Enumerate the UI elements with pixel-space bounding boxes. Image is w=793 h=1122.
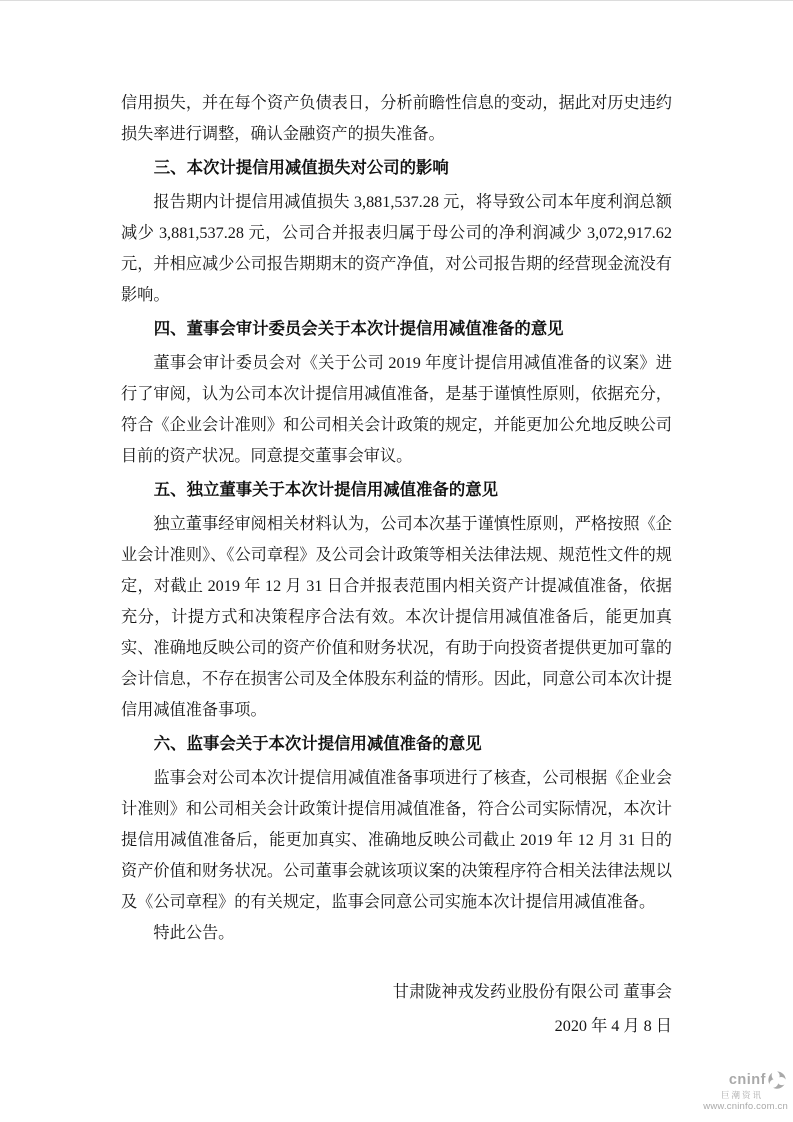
document-page: 信用损失，并在每个资产负债表日，分析前瞻性信息的变动，据此对历史违约损失率进行调… [0, 0, 793, 1122]
section-heading-independent-directors: 五、独立董事关于本次计提信用减值准备的意见 [121, 475, 672, 506]
cninfo-logo: cninf 巨潮资讯 www.cninfo.com.cn [679, 1070, 789, 1112]
section-paragraph-supervisory-board: 监事会对公司本次计提信用减值准备事项进行了核查，公司根据《企业会计准则》和公司相… [121, 763, 672, 918]
signature-company: 甘肃陇神戎发药业股份有限公司 董事会 [121, 977, 672, 1008]
section-paragraph-audit-committee: 董事会审计委员会对《关于公司 2019 年度计提信用减值准备的议案》进行了审阅，… [121, 348, 672, 472]
signature-date: 2020 年 4 月 8 日 [121, 1011, 672, 1042]
section-paragraph-independent-directors: 独立董事经审阅相关材料认为，公司本次基于谨慎性原则，严格按照《企业会计准则》、《… [121, 509, 672, 726]
cninfo-logo-text: cninf [729, 1073, 766, 1088]
cninfo-logo-caption: 巨潮资讯 [679, 1091, 789, 1100]
signature-block: 甘肃陇神戎发药业股份有限公司 董事会 2020 年 4 月 8 日 [121, 977, 672, 1042]
section-heading-impact: 三、本次计提信用减值损失对公司的影响 [121, 153, 672, 184]
cninfo-logo-url: www.cninfo.com.cn [679, 1102, 789, 1112]
cninfo-swirl-icon [767, 1070, 787, 1090]
section-paragraph-impact: 报告期内计提信用减值损失 3,881,537.28 元，将导致公司本年度利润总额… [121, 187, 672, 311]
paragraph-continuation: 信用损失，并在每个资产负债表日，分析前瞻性信息的变动，据此对历史违约损失率进行调… [121, 88, 672, 150]
cninfo-logo-row: cninf [679, 1070, 789, 1090]
section-heading-audit-committee: 四、董事会审计委员会关于本次计提信用减值准备的意见 [121, 314, 672, 345]
closing-statement: 特此公告。 [121, 918, 672, 949]
section-heading-supervisory-board: 六、监事会关于本次计提信用减值准备的意见 [121, 729, 672, 760]
announcement-body: 信用损失，并在每个资产负债表日，分析前瞻性信息的变动，据此对历史违约损失率进行调… [121, 88, 672, 1042]
